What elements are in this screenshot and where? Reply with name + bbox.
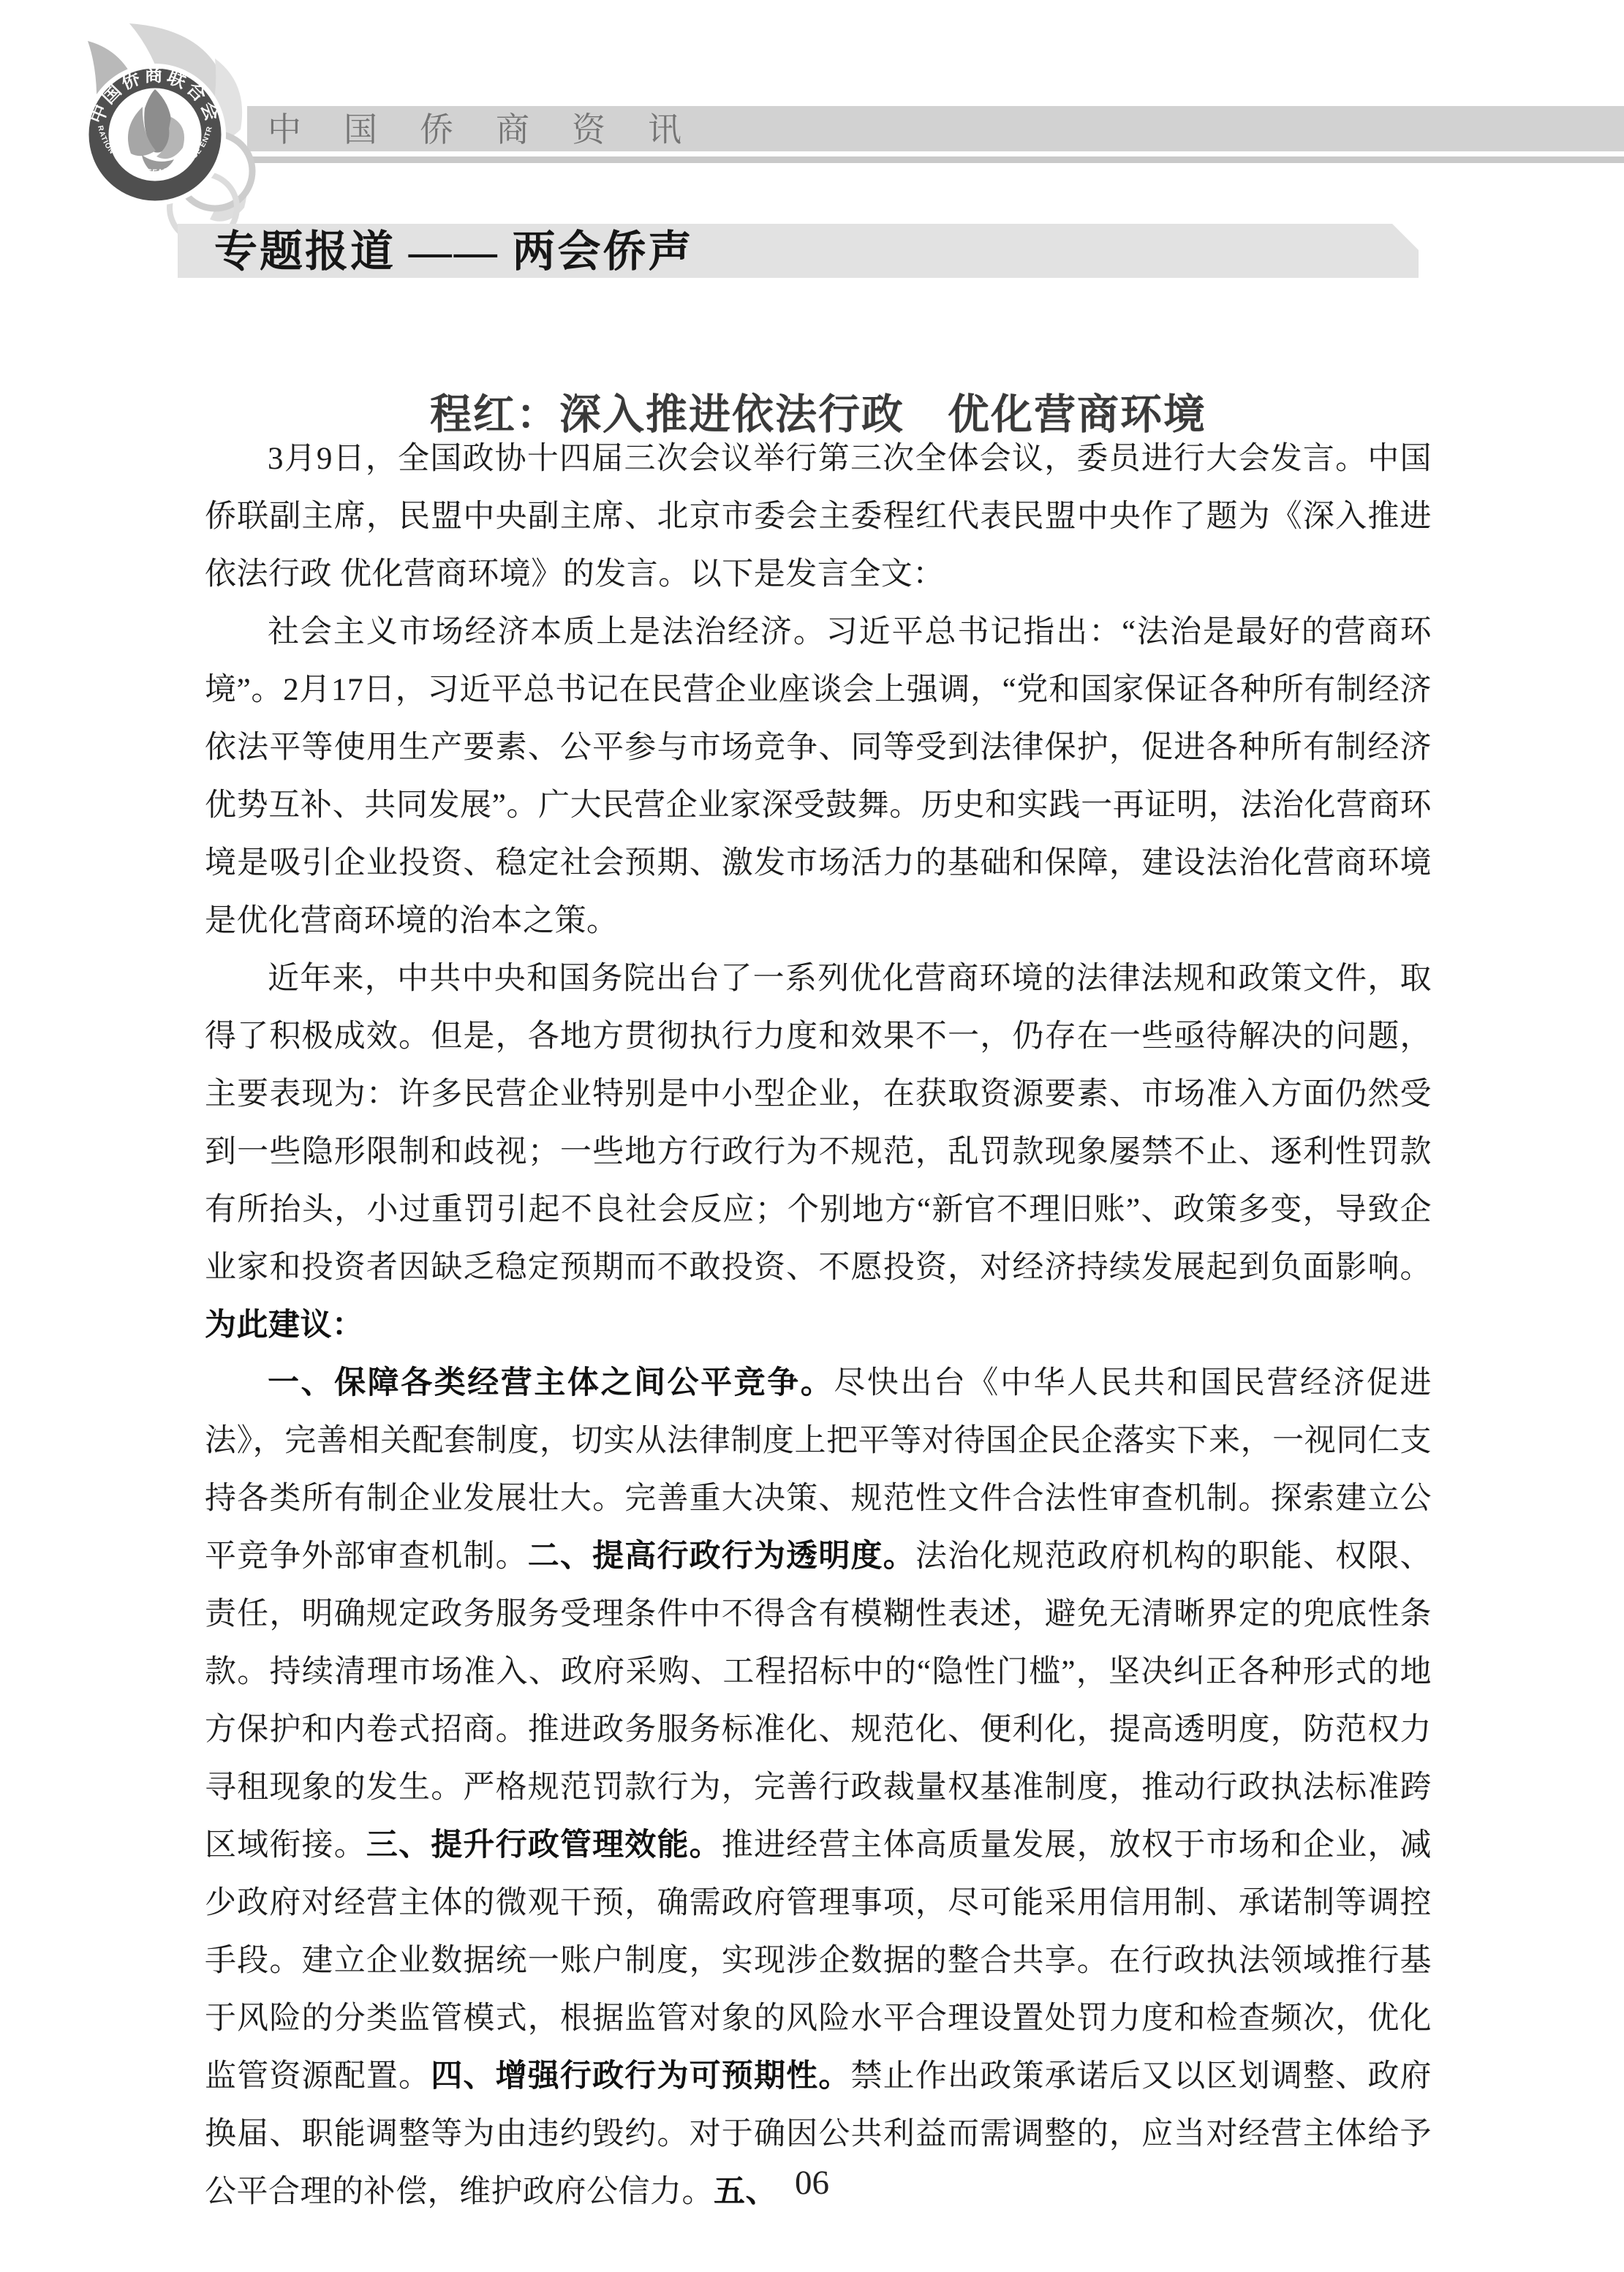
article-body: 3月9日，全国政协十四届三次会议举行第三次全体会议，委员进行大会发言。中国侨联副… <box>205 430 1432 2221</box>
article-paragraph: 3月9日，全国政协十四届三次会议举行第三次全体会议，委员进行大会发言。中国侨联副… <box>205 430 1432 603</box>
masthead-band: 中国侨商资讯 <box>247 106 1624 151</box>
header-divider-line <box>247 156 1624 163</box>
page-number: 06 <box>0 2163 1624 2203</box>
logo-seal: 中国侨商联合会 CHINA FEDERATION OF OVERSEAS CHI… <box>60 16 226 205</box>
article-paragraph: 社会主义市场经济本质上是法治经济。习近平总书记指出：“法治是最好的营商环境”。2… <box>205 603 1432 950</box>
magazine-page: { "header": { "masthead": "中国侨商资讯" }, "l… <box>0 0 1624 2272</box>
section-title: 专题报道 —— 两会侨声 <box>214 224 694 278</box>
logo-graphic: 中国侨商联合会 CHINA FEDERATION OF OVERSEAS CHI… <box>60 16 287 257</box>
masthead-title: 中国侨商资讯 <box>268 106 724 151</box>
section-banner: 专题报道 —— 两会侨声 <box>178 224 1419 278</box>
article-paragraph: 近年来，中共中央和国务院出台了一系列优化营商环境的法律法规和政策文件，取得了积极… <box>205 950 1432 1354</box>
article-paragraph: 一、保障各类经营主体之间公平竞争。尽快出台《中华人民共和国民营经济促进法》，完善… <box>205 1354 1432 2221</box>
publisher-logo: 中国侨商联合会 CHINA FEDERATION OF OVERSEAS CHI… <box>60 16 287 257</box>
